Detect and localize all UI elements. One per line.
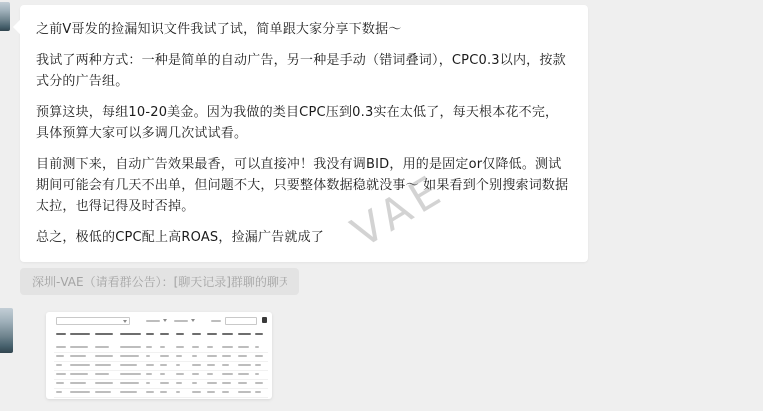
thumbnail-column-header: [95, 333, 113, 335]
message-paragraph-2: 我试了两种方式：一种是简单的自动广告，另一种是手动（错词叠词），CPC0.3以内…: [36, 50, 574, 92]
thumbnail-table-cell: [192, 373, 199, 375]
thumbnail-column-header: [238, 333, 251, 335]
thumbnail-table-cell: [146, 364, 154, 366]
thumbnail-table-cell: [238, 364, 251, 366]
thumbnail-column-header: [160, 333, 169, 335]
thumbnail-row-separator: [54, 397, 268, 398]
message-paragraph-1: 之前V哥发的捡漏知识文件我试了试，简单跟大家分享下数据～: [36, 19, 574, 40]
thumbnail-table-cell: [176, 373, 184, 375]
thumbnail-table-cell: [255, 382, 263, 384]
thumbnail-table-cell: [120, 364, 137, 366]
message-paragraph-5: 总之，极低的CPC配上高ROAS，捡漏广告就成了: [36, 227, 574, 248]
thumbnail-table-cell: [120, 391, 137, 393]
thumbnail-table-cell: [222, 382, 231, 384]
thumbnail-filter-caret-icon-1: [163, 319, 167, 322]
thumbnail-table-cell: [95, 373, 109, 375]
thumbnail-table-cell: [56, 382, 64, 384]
thumbnail-table-cell: [238, 346, 249, 348]
thumbnail-column-header: [120, 333, 141, 335]
thumbnail-row-separator: [54, 370, 268, 371]
thumbnail-table-cell: [95, 364, 111, 366]
thumbnail-table-cell: [146, 373, 152, 375]
thumbnail-table-cell: [238, 355, 247, 357]
thumbnail-table-cell: [70, 346, 88, 348]
thumbnail-table-cell: [238, 373, 249, 375]
thumbnail-table-cell: [95, 382, 113, 384]
thumbnail-table-cell: [222, 355, 231, 357]
thumbnail-table-cell: [238, 382, 247, 384]
thumbnail-table-cell: [56, 355, 64, 357]
thumbnail-table-cell: [160, 346, 165, 348]
chat-message-bubble: 之前V哥发的捡漏知识文件我试了试，简单跟大家分享下数据～ 我试了两种方式：一种是…: [20, 5, 588, 262]
thumbnail-table-cell: [56, 346, 66, 348]
thumbnail-table-cell: [207, 355, 217, 357]
thumbnail-column-header: [56, 333, 66, 335]
thumbnail-table-cell: [255, 391, 261, 393]
thumbnail-table-cell: [56, 391, 62, 393]
thumbnail-column-header: [146, 333, 154, 335]
thumbnail-table-cell: [176, 355, 182, 357]
attachment-table-thumbnail[interactable]: [46, 312, 272, 399]
thumbnail-table-cell: [192, 364, 201, 366]
thumbnail-table-cell: [255, 373, 259, 375]
thumbnail-filter-label: [211, 320, 221, 322]
thumbnail-table-cell: [176, 391, 180, 393]
thumbnail-filter-dropdown-1: [146, 320, 160, 322]
thumbnail-table-cell: [146, 391, 154, 393]
thumbnail-filter-caret-icon-2: [191, 319, 195, 322]
thumbnail-table-cell: [238, 391, 251, 393]
thumbnail-filter-dropdown-2: [174, 320, 188, 322]
thumbnail-row-separator: [54, 388, 268, 389]
chat-screen: 之前V哥发的捡漏知识文件我试了试，简单跟大家分享下数据～ 我试了两种方式：一种是…: [0, 0, 763, 411]
thumbnail-table-cell: [255, 346, 259, 348]
thumbnail-toolbar-select: [56, 317, 130, 325]
thumbnail-column-header: [207, 333, 217, 335]
thumbnail-column-header: [255, 333, 263, 335]
thumbnail-table-cell: [255, 364, 261, 366]
thumbnail-table-cell: [146, 346, 152, 348]
thumbnail-table-cell: [70, 382, 86, 384]
thumbnail-table-cell: [120, 382, 139, 384]
thumbnail-table-cell: [56, 364, 62, 366]
thumbnail-table-cell: [70, 355, 86, 357]
thumbnail-table-cell: [120, 346, 141, 348]
thumbnail-table-cell: [70, 364, 90, 366]
thumbnail-table-cell: [146, 355, 150, 357]
message-paragraph-3: 预算这块，每组10-20美金。因为我做的类目CPC压到0.3实在太低了，每天根本…: [36, 102, 574, 144]
thumbnail-column-header: [192, 333, 201, 335]
thumbnail-table-cell: [95, 355, 113, 357]
thumbnail-select-caret-icon: [123, 320, 127, 323]
thumbnail-table-cell: [95, 346, 109, 348]
quoted-chat-record-text: 深圳-VAE（请看群公告）：[聊天记录]群聊的聊天记录: [32, 273, 287, 290]
sender-avatar-partial-2[interactable]: [0, 308, 13, 353]
thumbnail-table-cell: [207, 373, 213, 375]
quoted-chat-record-bar[interactable]: 深圳-VAE（请看群公告）：[聊天记录]群聊的聊天记录: [20, 268, 299, 295]
thumbnail-table-cell: [160, 382, 169, 384]
thumbnail-table-cell: [176, 364, 180, 366]
thumbnail-table-cell: [207, 382, 217, 384]
thumbnail-table-cell: [192, 355, 197, 357]
thumbnail-row-separator: [54, 352, 268, 353]
thumbnail-table-cell: [120, 355, 139, 357]
thumbnail-date-range: [225, 317, 257, 325]
thumbnail-row-separator: [54, 361, 268, 362]
thumbnail-table-cell: [207, 346, 213, 348]
thumbnail-table-cell: [95, 391, 111, 393]
thumbnail-table-cell: [56, 373, 66, 375]
thumbnail-table-cell: [70, 391, 90, 393]
thumbnail-table-cell: [160, 373, 165, 375]
thumbnail-column-header: [222, 333, 233, 335]
thumbnail-table-cell: [160, 355, 169, 357]
thumbnail-table-cell: [160, 391, 167, 393]
thumbnail-table-cell: [255, 355, 263, 357]
thumbnail-table-cell: [207, 364, 215, 366]
thumbnail-table-cell: [222, 373, 233, 375]
thumbnail-table-cell: [222, 346, 233, 348]
thumbnail-table-cell: [176, 346, 184, 348]
thumbnail-column-header: [70, 333, 90, 335]
thumbnail-table-cell: [160, 364, 167, 366]
thumbnail-table-cell: [146, 382, 150, 384]
thumbnail-column-header: [176, 333, 184, 335]
sender-avatar-partial[interactable]: [0, 2, 10, 31]
thumbnail-table-cell: [192, 382, 197, 384]
thumbnail-table-cell: [70, 373, 88, 375]
bubble-tail: [13, 20, 27, 34]
thumbnail-table-cell: [192, 391, 201, 393]
thumbnail-table-cell: [222, 391, 229, 393]
message-paragraph-4: 目前测下来，自动广告效果最香，可以直接冲！我没有调BID，用的是固定or仅降低。…: [36, 154, 574, 217]
thumbnail-download-icon: [262, 317, 267, 323]
thumbnail-table-cell: [176, 382, 182, 384]
thumbnail-table-cell: [192, 346, 199, 348]
thumbnail-table-cell: [222, 364, 229, 366]
thumbnail-row-separator: [54, 379, 268, 380]
thumbnail-table-cell: [120, 373, 141, 375]
thumbnail-table-cell: [207, 391, 215, 393]
